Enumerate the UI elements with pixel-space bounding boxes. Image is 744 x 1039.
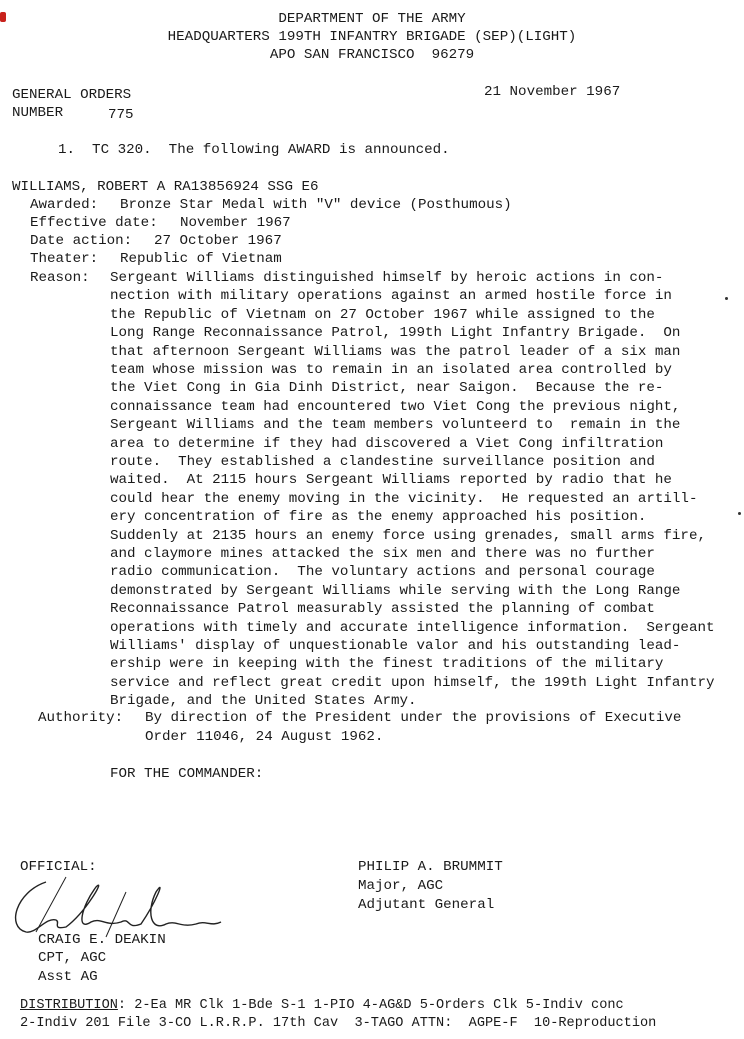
reason-line: Sergeant Williams and the team members v… — [110, 416, 680, 434]
authority-label: Authority: — [38, 709, 123, 727]
header-address: APO SAN FRANCISCO 96279 — [0, 46, 744, 64]
distribution-label: DISTRIBUTION — [20, 998, 118, 1013]
reason-line: Brigade, and the United States Army. — [110, 692, 417, 710]
header-headquarters: HEADQUARTERS 199TH INFANTRY BRIGADE (SEP… — [0, 28, 744, 46]
signatory-name: PHILIP A. BRUMMIT — [358, 858, 503, 876]
reason-line: Williams' display of unquestionable valo… — [110, 637, 680, 655]
order-number: 775 — [108, 106, 134, 124]
for-the-commander: FOR THE COMMANDER: — [110, 765, 263, 783]
reason-line: area to determine if they had discovered… — [110, 435, 663, 453]
date-action-label: Date action: — [30, 232, 132, 250]
distribution-line-2: 2-Indiv 201 File 3-CO L.R.R.P. 17th Cav … — [20, 1015, 656, 1033]
paragraph-announcement: 1. TC 320. The following AWARD is announ… — [58, 141, 450, 159]
reason-line: ership were in keeping with the finest t… — [110, 655, 663, 673]
reason-line: the Republic of Vietnam on 27 October 19… — [110, 306, 655, 324]
reason-line: Suddenly at 2135 hours an enemy force us… — [110, 527, 706, 545]
official-title: Asst AG — [38, 968, 98, 986]
reason-line: that afternoon Sergeant Williams was the… — [110, 343, 680, 361]
reason-line: and claymore mines attacked the six men … — [110, 545, 655, 563]
distribution-line-1: DISTRIBUTION: 2-Ea MR Clk 1-Bde S-1 1-PI… — [20, 997, 624, 1015]
header-department: DEPARTMENT OF THE ARMY — [0, 10, 744, 28]
general-orders-label: GENERAL ORDERS — [12, 86, 131, 104]
theater-value: Republic of Vietnam — [120, 250, 282, 268]
reason-line: nection with military operations against… — [110, 287, 672, 305]
reason-line: Long Range Reconnaissance Patrol, 199th … — [110, 324, 680, 342]
awarded-label: Awarded: — [30, 196, 98, 214]
reason-line: Sergeant Williams distinguished himself … — [110, 269, 663, 287]
reason-line: could hear the enemy moving in the vicin… — [110, 490, 697, 508]
reason-line: the Viet Cong in Gia Dinh District, near… — [110, 379, 663, 397]
reason-line: radio communication. The voluntary actio… — [110, 563, 655, 581]
order-date: 21 November 1967 — [484, 83, 620, 101]
reason-line: connaissance team had encountered two Vi… — [110, 398, 680, 416]
recipient-name: WILLIAMS, ROBERT A RA13856924 SSG E6 — [12, 178, 319, 196]
reason-line: waited. At 2115 hours Sergeant Williams … — [110, 471, 672, 489]
signatory-title: Adjutant General — [358, 896, 494, 914]
signatory-rank: Major, AGC — [358, 877, 443, 895]
distribution-list-1: : 2-Ea MR Clk 1-Bde S-1 1-PIO 4-AG&D 5-O… — [118, 998, 624, 1013]
reason-line: service and reflect great credit upon hi… — [110, 674, 715, 692]
theater-label: Theater: — [30, 250, 98, 268]
speck-mark — [738, 512, 741, 515]
reason-line: route. They established a clandestine su… — [110, 453, 655, 471]
reason-line: team whose mission was to remain in an i… — [110, 361, 672, 379]
effective-date-value: November 1967 — [180, 214, 291, 232]
reason-label: Reason: — [30, 269, 90, 287]
awarded-value: Bronze Star Medal with "V" device (Posth… — [120, 196, 512, 214]
number-label: NUMBER — [12, 104, 63, 122]
authority-line-1: By direction of the President under the … — [145, 709, 681, 727]
official-rank: CPT, AGC — [38, 949, 106, 967]
date-action-value: 27 October 1967 — [154, 232, 282, 250]
reason-line: ery concentration of fire as the enemy a… — [110, 508, 646, 526]
reason-line: Reconnaissance Patrol measurably assiste… — [110, 600, 655, 618]
reason-line: operations with timely and accurate inte… — [110, 619, 715, 637]
official-name: CRAIG E. DEAKIN — [38, 931, 166, 949]
authority-line-2: Order 11046, 24 August 1962. — [145, 728, 383, 746]
speck-mark — [725, 297, 728, 300]
reason-line: demonstrated by Sergeant Williams while … — [110, 582, 680, 600]
effective-date-label: Effective date: — [30, 214, 158, 232]
